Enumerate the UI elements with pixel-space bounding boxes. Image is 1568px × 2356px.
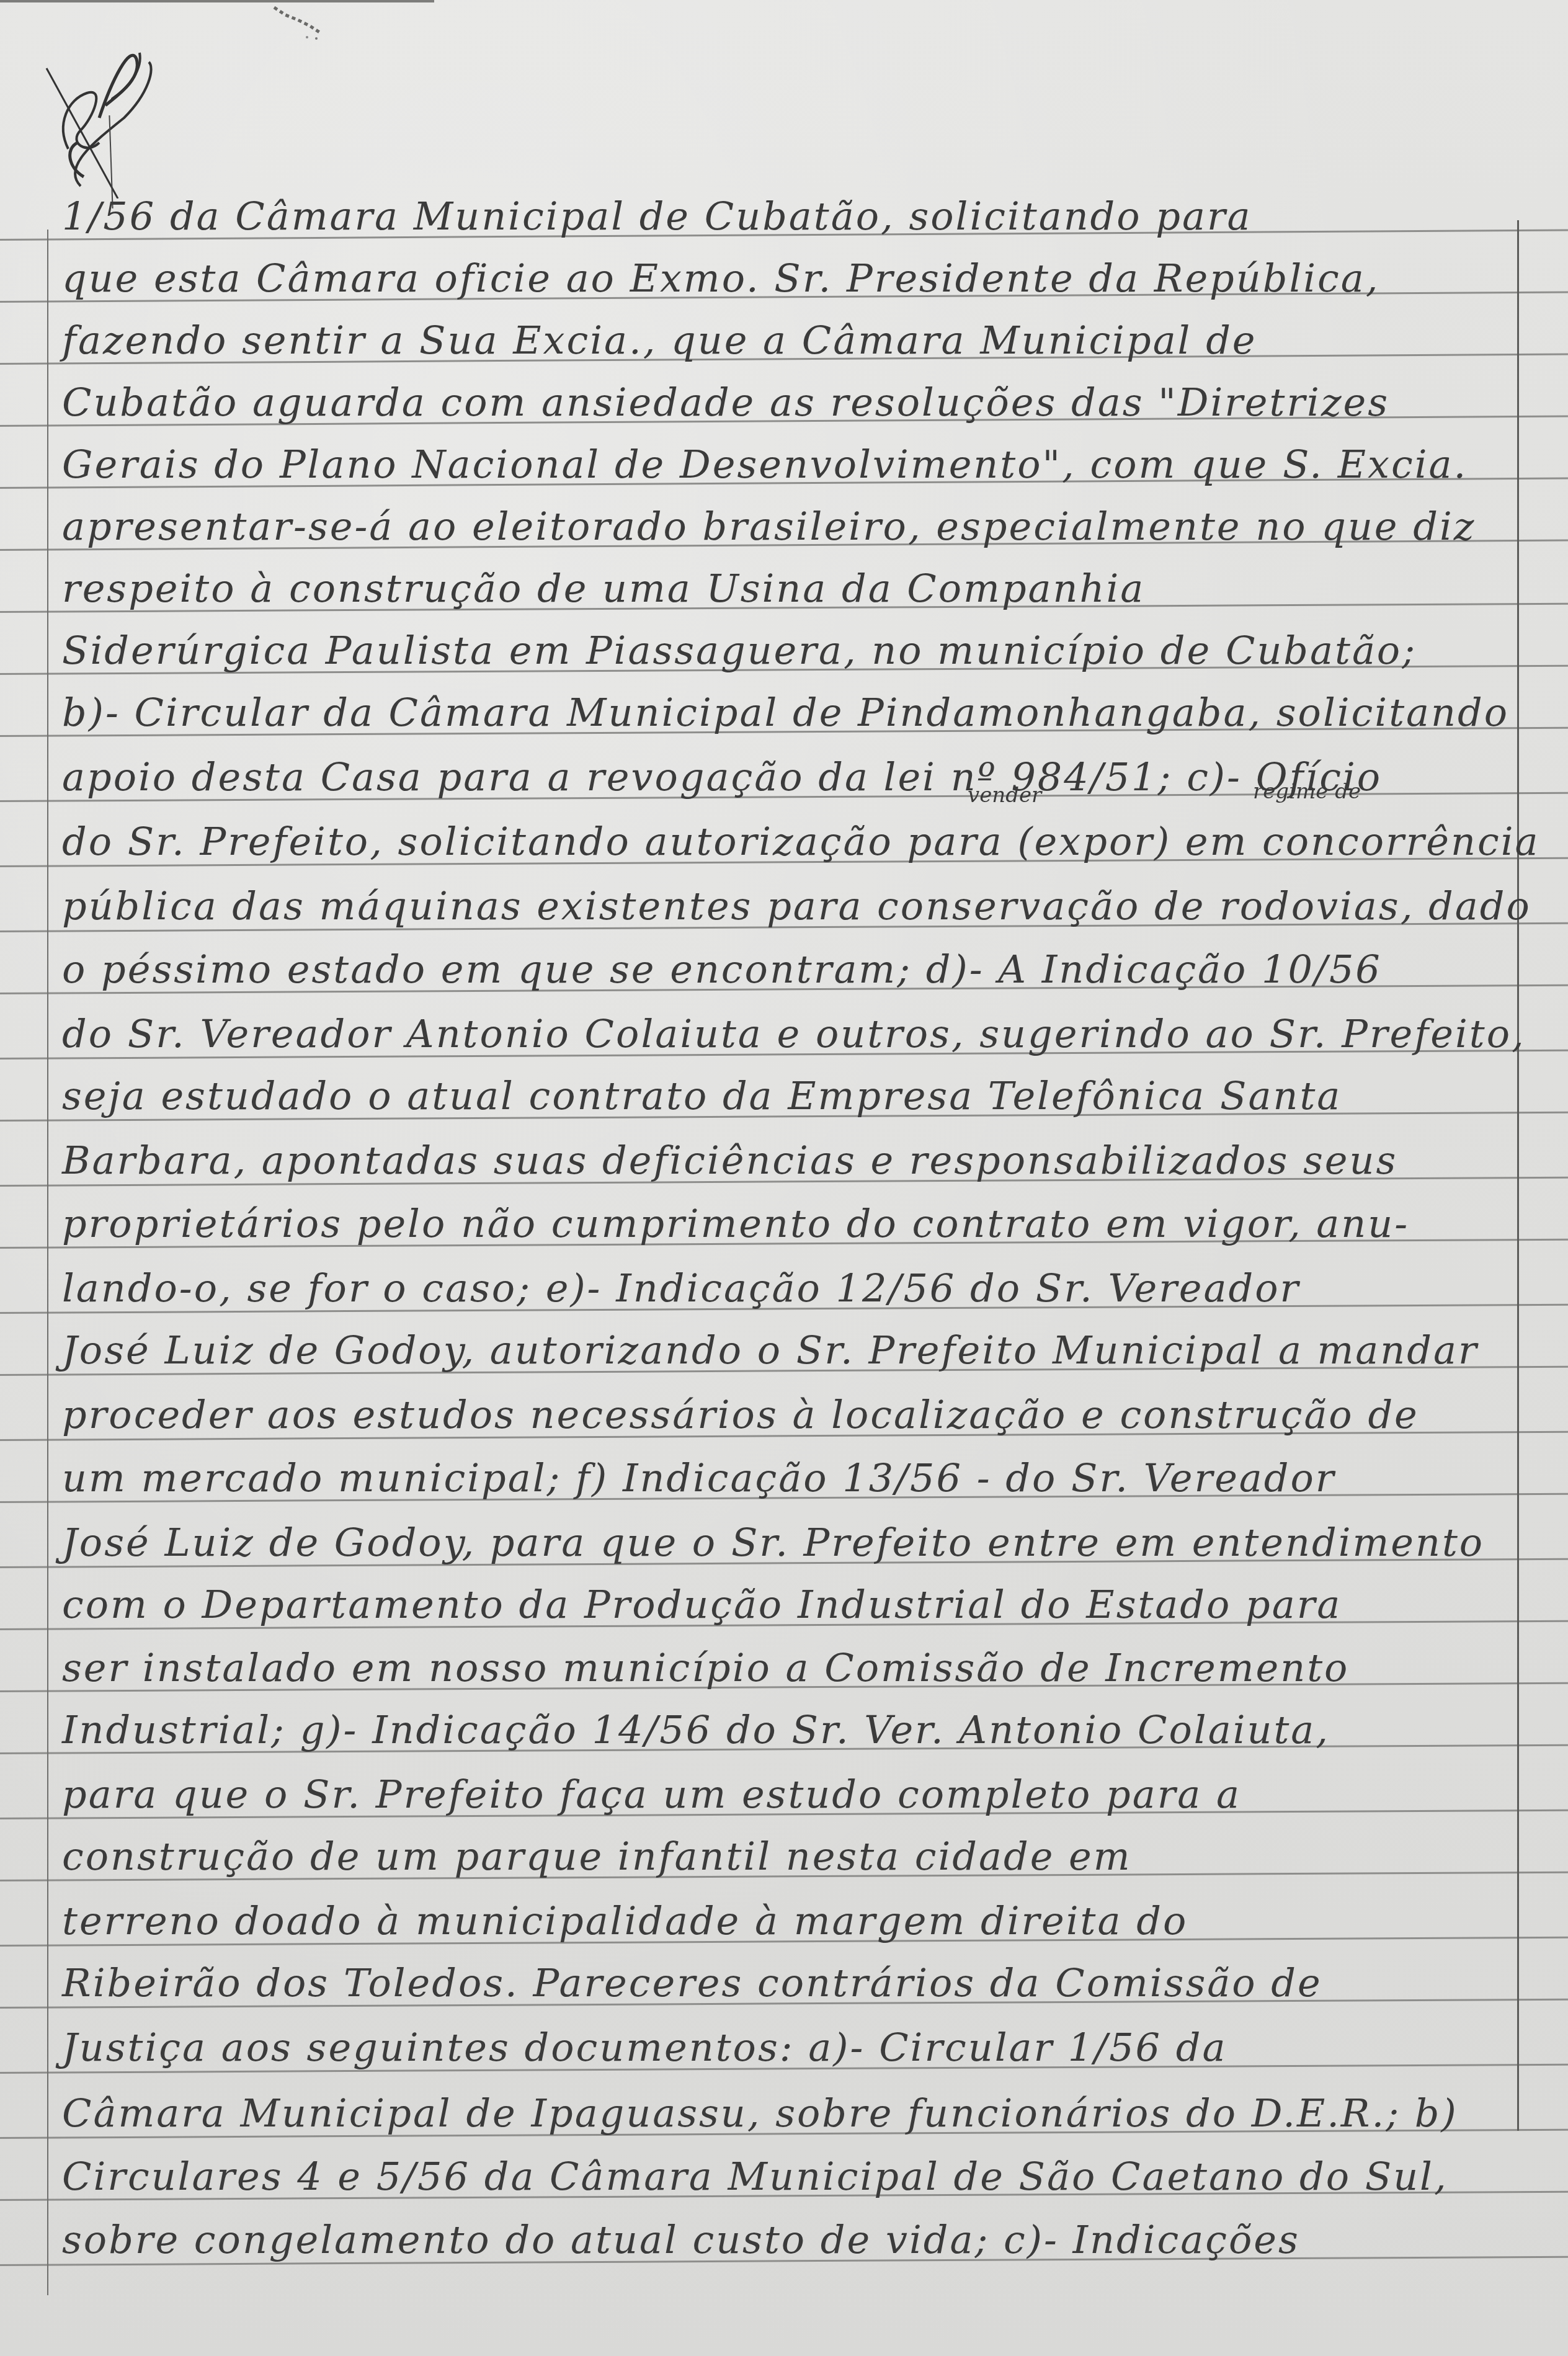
text-line: apresentar-se-á ao eleitorado brasileiro…: [62, 507, 1507, 546]
document-page: 1/56 da Câmara Municipal de Cubatão, sol…: [0, 0, 1568, 2356]
text-line: Câmara Municipal de Ipaguassu, sobre fun…: [62, 2094, 1507, 2133]
text-line: terreno doado à municipalidade à margem …: [62, 1902, 1507, 1940]
text-line: do Sr. Vereador Antonio Colaiuta e outro…: [62, 1015, 1507, 1053]
text-line: lando-o, se for o caso; e)- Indicação 12…: [62, 1269, 1507, 1308]
interlinear-note: vender: [968, 783, 1041, 808]
text-line: Circulares 4 e 5/56 da Câmara Municipal …: [62, 2157, 1507, 2196]
text-line: pública das máquinas existentes para con…: [62, 887, 1507, 926]
text-line: construção de um parque infantil nesta c…: [62, 1837, 1507, 1876]
text-line: um mercado municipal; f) Indicação 13/56…: [62, 1459, 1507, 1497]
text-line: o péssimo estado em que se encontram; d)…: [62, 950, 1507, 989]
text-line: com o Departamento da Produção Industria…: [62, 1586, 1507, 1624]
text-line: José Luiz de Godoy, para que o Sr. Prefe…: [62, 1524, 1507, 1562]
text-line: Cubatão aguarda com ansiedade as resoluç…: [62, 383, 1507, 422]
text-line: Barbara, apontadas suas deficiências e r…: [62, 1141, 1507, 1180]
text-line: que esta Câmara oficie ao Exmo. Sr. Pres…: [62, 259, 1507, 298]
text-line: respeito à construção de uma Usina da Co…: [62, 569, 1507, 608]
text-line: Gerais do Plano Nacional de Desenvolvime…: [62, 445, 1507, 484]
right-margin-line: [1517, 220, 1519, 2131]
text-line: do Sr. Prefeito, solicitando autorização…: [62, 823, 1507, 861]
text-line: para que o Sr. Prefeito faça um estudo c…: [62, 1775, 1507, 1814]
left-margin-line: [47, 230, 48, 2295]
text-line: Ribeirão dos Toledos. Pareceres contrári…: [62, 1964, 1507, 2002]
text-line: 1/56 da Câmara Municipal de Cubatão, sol…: [62, 197, 1507, 236]
text-line: b)- Circular da Câmara Municipal de Pind…: [62, 694, 1507, 732]
ink-smudge: [273, 6, 329, 43]
text-line: proceder aos estudos necessários à local…: [62, 1396, 1507, 1434]
text-line: José Luiz de Godoy, autorizando o Sr. Pr…: [62, 1331, 1507, 1370]
text-line: sobre congelamento do atual custo de vid…: [62, 2221, 1507, 2259]
page-top-edge: [0, 0, 434, 2]
text-line: ser instalado em nosso município a Comis…: [62, 1649, 1507, 1687]
text-line: seja estudado o atual contrato da Empres…: [62, 1077, 1507, 1115]
text-line: Industrial; g)- Indicação 14/56 do Sr. V…: [62, 1711, 1507, 1749]
interlinear-note: regime de: [1253, 779, 1361, 804]
paraph-signature-mark: [43, 25, 155, 199]
text-line: proprietários pelo não cumprimento do co…: [62, 1205, 1507, 1243]
text-line: Siderúrgica Paulista em Piassaguera, no …: [62, 631, 1507, 670]
text-line: fazendo sentir a Sua Excia., que a Câmar…: [62, 321, 1507, 360]
text-line: Justiça aos seguintes documentos: a)- Ci…: [62, 2028, 1507, 2067]
